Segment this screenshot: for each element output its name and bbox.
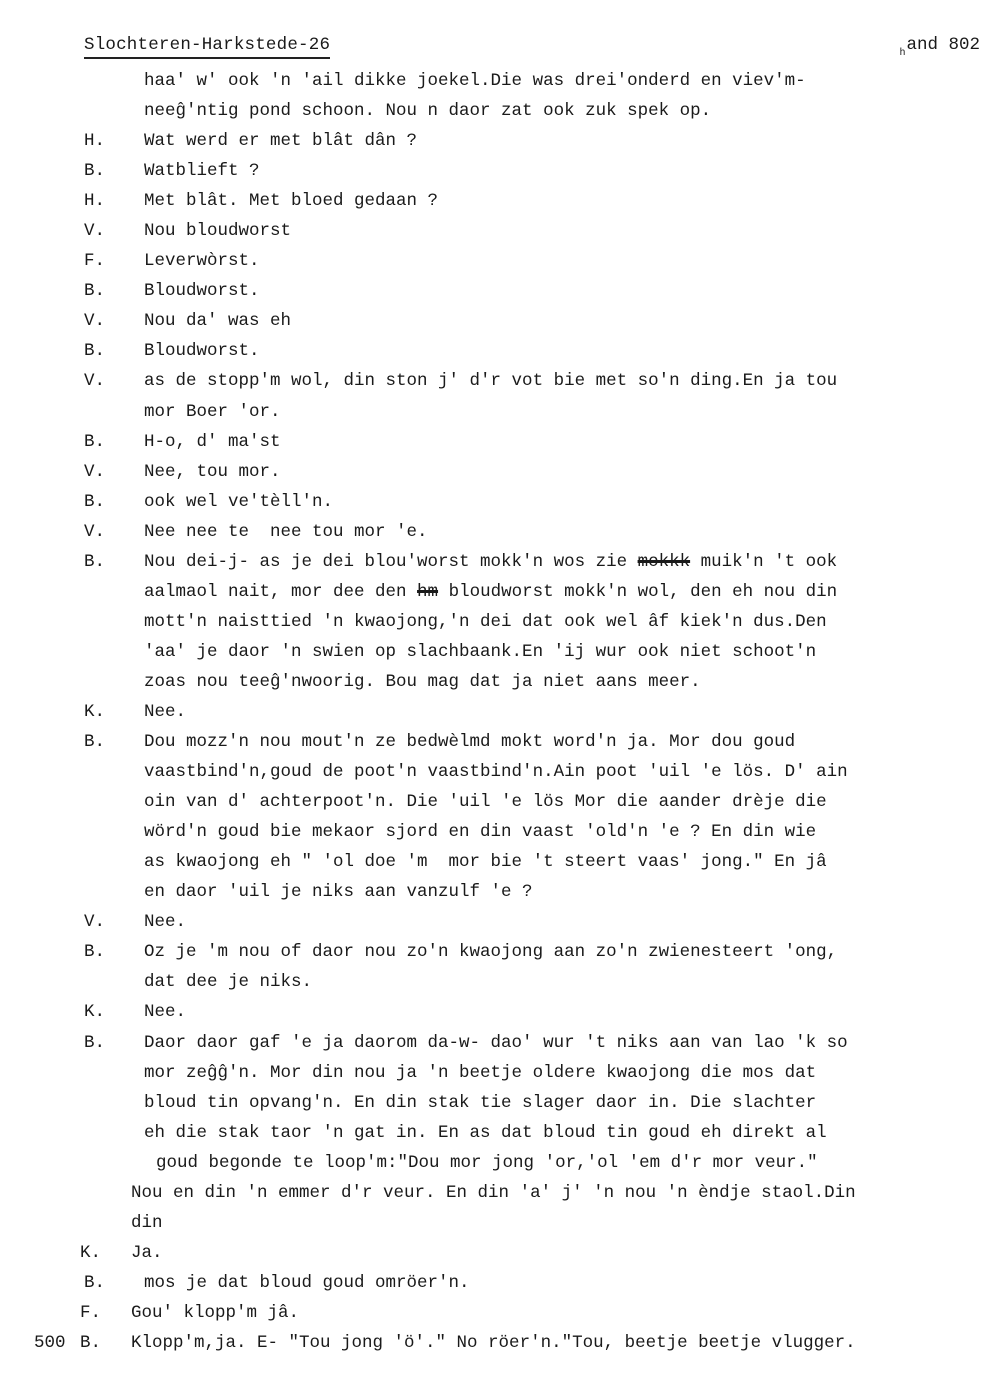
utterance-text: Nee nee te nee tou mor 'e. (144, 517, 428, 547)
speaker-label: V. (84, 366, 105, 396)
transcript-line: V.Nee. (0, 907, 986, 937)
utterance-text: Leverwòrst. (144, 246, 260, 276)
transcript-line: V.Nee, tou mor. (0, 457, 986, 487)
utterance-text: neeĝ'ntig pond schoon. Nou n daor zat oo… (144, 96, 711, 126)
struck-out-text: mokkk (638, 552, 691, 572)
transcript-line: B.ook wel ve'tèll'n. (0, 487, 986, 517)
transcript-line: eh die stak taor 'n gat in. En as dat bl… (0, 1118, 986, 1148)
transcript-line: K.Ja. (0, 1238, 986, 1268)
line-number: 500 (34, 1328, 66, 1358)
speaker-label: F. (80, 1298, 101, 1328)
text-segment: muik'n 't ook (690, 552, 837, 572)
transcript-lines: haa' w' ook 'n 'ail dikke joekel.Die was… (0, 66, 986, 1358)
transcript-line: neeĝ'ntig pond schoon. Nou n daor zat oo… (0, 96, 986, 126)
speaker-label: B. (84, 547, 105, 577)
speaker-label: V. (84, 216, 105, 246)
transcript-line: oin van d' achterpoot'n. Die 'uil 'e lös… (0, 787, 986, 817)
utterance-text: Daor daor gaf 'e ja daorom da-w- dao' wu… (144, 1028, 848, 1058)
speaker-label: K. (84, 997, 105, 1027)
utterance-text: mos je dat bloud goud omröer'n. (144, 1268, 470, 1298)
utterance-text: Nee. (144, 907, 186, 937)
transcript-line: B.Daor daor gaf 'e ja daorom da-w- dao' … (0, 1028, 986, 1058)
utterance-text: Oz je 'm nou of daor nou zo'n kwaojong a… (144, 937, 837, 967)
speaker-label: B. (84, 937, 105, 967)
speaker-label: V. (84, 517, 105, 547)
utterance-text: as de stopp'm wol, din ston j' d'r vot b… (144, 366, 837, 396)
transcript-line: mor zeĝĝ'n. Mor din nou ja 'n beetje old… (0, 1058, 986, 1088)
speaker-label: F. (84, 246, 105, 276)
transcript-line: F.Gou' klopp'm jâ. (0, 1298, 986, 1328)
utterance-text: Gou' klopp'm jâ. (131, 1298, 299, 1328)
transcript-line: Nou en din 'n emmer d'r veur. En din 'a'… (0, 1178, 986, 1208)
utterance-text: Klopp'm,ja. E- "Tou jong 'ö'." No röer'n… (131, 1328, 856, 1358)
page-header: Slochteren-Harkstede-26 hand 802 (84, 34, 980, 62)
utterance-text: Wat werd er met blât dân ? (144, 126, 417, 156)
transcript-page: Slochteren-Harkstede-26 hand 802 haa' w'… (0, 0, 986, 1389)
utterance-text: en daor 'uil je niks aan vanzulf 'e ? (144, 877, 533, 907)
transcript-line: B.Bloudworst. (0, 276, 986, 306)
utterance-text: Watblieft ? (144, 156, 260, 186)
speaker-label: B. (84, 1028, 105, 1058)
transcript-line: mor Boer 'or. (0, 397, 986, 427)
utterance-text: vaastbind'n,goud de poot'n vaastbind'n.A… (144, 757, 848, 787)
transcript-line: B.Nou dei-j- as je dei blou'worst mokk'n… (0, 547, 986, 577)
transcript-line: dat dee je niks. (0, 967, 986, 997)
transcript-line: aalmaol nait, mor dee den hm bloudworst … (0, 577, 986, 607)
text-segment: Nou dei-j- as je dei blou'worst mokk'n w… (144, 552, 638, 572)
transcript-line: B.Dou mozz'n nou mout'n ze bedwèlmd mokt… (0, 727, 986, 757)
transcript-line: haa' w' ook 'n 'ail dikke joekel.Die was… (0, 66, 986, 96)
transcript-line: V.Nee nee te nee tou mor 'e. (0, 517, 986, 547)
transcript-line: B.H-o, d' ma'st (0, 427, 986, 457)
transcript-line: V.as de stopp'm wol, din ston j' d'r vot… (0, 366, 986, 396)
transcript-line: zoas nou teeĝ'nwoorig. Bou mag dat ja ni… (0, 667, 986, 697)
utterance-text: Nee. (144, 697, 186, 727)
utterance-text: haa' w' ook 'n 'ail dikke joekel.Die was… (144, 66, 806, 96)
speaker-label: B. (84, 336, 105, 366)
utterance-text: Dou mozz'n nou mout'n ze bedwèlmd mokt w… (144, 727, 795, 757)
transcript-line: wörd'n goud bie mekaor sjord en din vaas… (0, 817, 986, 847)
transcript-line: H.Met blât. Met bloed gedaan ? (0, 186, 986, 216)
transcript-line: as kwaojong eh " 'ol doe 'm mor bie 't s… (0, 847, 986, 877)
document-title: Slochteren-Harkstede-26 (84, 34, 330, 59)
struck-out-text: hm (417, 582, 438, 602)
transcript-line: H.Wat werd er met blât dân ? (0, 126, 986, 156)
speaker-label: V. (84, 306, 105, 336)
utterance-text: Bloudworst. (144, 276, 260, 306)
speaker-label: K. (84, 697, 105, 727)
utterance-text: 'aa' je daor 'n swien op slachbaank.En '… (144, 637, 816, 667)
transcript-line: 'aa' je daor 'n swien op slachbaank.En '… (0, 637, 986, 667)
utterance-text: dat dee je niks. (144, 967, 312, 997)
reference-label: and 802 (906, 35, 980, 55)
transcript-line: V.Nou da' was eh (0, 306, 986, 336)
utterance-text: H-o, d' ma'st (144, 427, 281, 457)
speaker-label: B. (84, 727, 105, 757)
transcript-line: B.mos je dat bloud goud omröer'n. (0, 1268, 986, 1298)
transcript-line: bloud tin opvang'n. En din stak tie slag… (0, 1088, 986, 1118)
utterance-text: bloud tin opvang'n. En din stak tie slag… (144, 1088, 816, 1118)
transcript-line: 500B.Klopp'm,ja. E- "Tou jong 'ö'." No r… (0, 1328, 986, 1358)
utterance-text: Nee, tou mor. (144, 457, 281, 487)
transcript-line: K.Nee. (0, 997, 986, 1027)
utterance-text: wörd'n goud bie mekaor sjord en din vaas… (144, 817, 816, 847)
utterance-text: ook wel ve'tèll'n. (144, 487, 333, 517)
speaker-label: H. (84, 186, 105, 216)
utterance-text: goud begonde te loop'm:"Dou mor jong 'or… (156, 1148, 818, 1178)
utterance-text: as kwaojong eh " 'ol doe 'm mor bie 't s… (144, 847, 827, 877)
speaker-label: B. (84, 276, 105, 306)
speaker-label: V. (84, 457, 105, 487)
handwritten-mark: h (899, 48, 905, 59)
utterance-text: oin van d' achterpoot'n. Die 'uil 'e lös… (144, 787, 827, 817)
speaker-label: V. (84, 907, 105, 937)
transcript-line: V.Nou bloudworst (0, 216, 986, 246)
utterance-text: Met blât. Met bloed gedaan ? (144, 186, 438, 216)
transcript-line: B.Watblieft ? (0, 156, 986, 186)
utterance-text: Bloudworst. (144, 336, 260, 366)
utterance-text: Ja. (131, 1238, 163, 1268)
transcript-line: B.Bloudworst. (0, 336, 986, 366)
utterance-text: eh die stak taor 'n gat in. En as dat bl… (144, 1118, 827, 1148)
utterance-text: mor Boer 'or. (144, 397, 281, 427)
transcript-line: B.Oz je 'm nou of daor nou zo'n kwaojong… (0, 937, 986, 967)
transcript-line: goud begonde te loop'm:"Dou mor jong 'or… (0, 1148, 986, 1178)
utterance-text: din (131, 1208, 163, 1238)
transcript-line: mott'n naisttied 'n kwaojong,'n dei dat … (0, 607, 986, 637)
transcript-line: din (0, 1208, 986, 1238)
utterance-text: aalmaol nait, mor dee den hm bloudworst … (144, 577, 837, 607)
utterance-text: Nou en din 'n emmer d'r veur. En din 'a'… (131, 1178, 856, 1208)
reference-number: hand 802 (899, 34, 980, 65)
utterance-text: Nou dei-j- as je dei blou'worst mokk'n w… (144, 547, 837, 577)
utterance-text: mott'n naisttied 'n kwaojong,'n dei dat … (144, 607, 827, 637)
speaker-label: B. (84, 487, 105, 517)
transcript-line: K.Nee. (0, 697, 986, 727)
speaker-label: B. (84, 427, 105, 457)
transcript-line: en daor 'uil je niks aan vanzulf 'e ? (0, 877, 986, 907)
utterance-text: Nou bloudworst (144, 216, 291, 246)
speaker-label: B. (80, 1328, 101, 1358)
utterance-text: Nou da' was eh (144, 306, 291, 336)
transcript-line: F.Leverwòrst. (0, 246, 986, 276)
text-segment: bloudworst mokk'n wol, den eh nou din (438, 582, 837, 602)
utterance-text: mor zeĝĝ'n. Mor din nou ja 'n beetje old… (144, 1058, 816, 1088)
speaker-label: B. (84, 156, 105, 186)
utterance-text: Nee. (144, 997, 186, 1027)
text-segment: aalmaol nait, mor dee den (144, 582, 417, 602)
speaker-label: K. (80, 1238, 101, 1268)
transcript-line: vaastbind'n,goud de poot'n vaastbind'n.A… (0, 757, 986, 787)
utterance-text: zoas nou teeĝ'nwoorig. Bou mag dat ja ni… (144, 667, 701, 697)
speaker-label: H. (84, 126, 105, 156)
speaker-label: B. (84, 1268, 105, 1298)
